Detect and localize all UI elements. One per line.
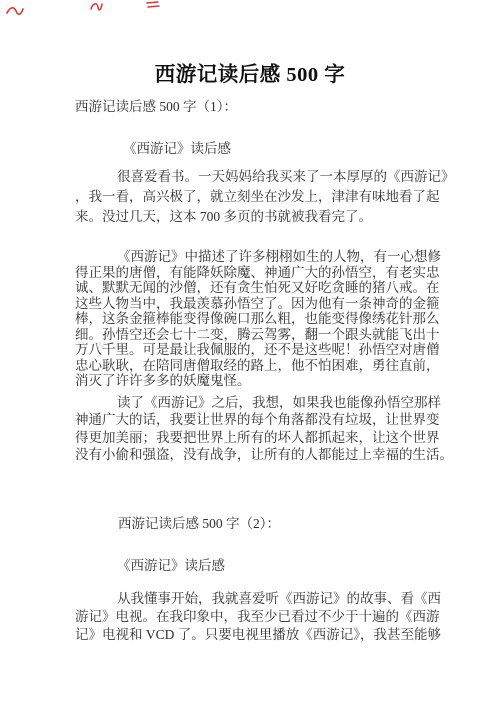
text-line: 诚、默默无闻的沙僧，还有贪生怕死又好吃贪睡的猪八戒。在: [75, 280, 441, 296]
text-line: 棒，这条金箍棒能变得像碗口那么粗，也能变得像绣花针那么: [75, 311, 441, 327]
paragraph-3: 读了《西游记》之后，我想，如果我也能像孙悟空那样 神通广大的话，我要让世界的每个…: [75, 394, 441, 463]
text-line: 得正果的唐僧，有能降妖除魔、神通广大的孙悟空，有老实忠: [75, 265, 441, 281]
text-line: 游记》电视。在我印象中，我至少已看过不少于十遍的《西游: [75, 608, 441, 626]
red-pen-mark-icon: [6, 4, 24, 16]
text-line: 来。没过几天，这本 700 多页的书就被我看完了。: [75, 207, 441, 227]
section-1-heading: 西游记读后感 500 字（1）：: [75, 95, 441, 115]
text-line: 从我懂事开始，我就喜爱听《西游记》的故事、看《西: [75, 590, 441, 608]
section-1-subtitle: 《西游记》读后感: [123, 137, 489, 157]
paragraph-2: 《西游记》中描述了许多栩栩如生的人物，有一心想修 得正果的唐僧，有能降妖除魔、神…: [75, 249, 441, 389]
text-line: 神通广大的话，我要让世界的每个角落都没有垃圾，让世界变: [75, 411, 441, 428]
section-2-heading: 西游记读后感 500 字（2）：: [118, 512, 484, 532]
paragraph-4: 从我懂事开始，我就喜爱听《西游记》的故事、看《西 游记》电视。在我印象中，我至少…: [75, 590, 441, 645]
red-pen-mark-icon: [90, 1, 103, 12]
text-line: 细。孙悟空还会七十二变，腾云驾雾，翻一个跟头就能飞出十: [75, 327, 441, 343]
text-line: 万八千里。可是最让我佩服的，还不是这些呢！孙悟空对唐僧: [75, 342, 441, 358]
text-line: 记》电视和 VCD 了。只要电视里播放《西游记》，我甚至能够: [75, 626, 441, 644]
document-page: www 西游记读后感 500 字 西游记读后感 500 字（1）： 《西游记》读…: [0, 0, 500, 708]
text-line: 读了《西游记》之后，我想，如果我也能像孙悟空那样: [75, 394, 441, 411]
text-line: 这些人物当中，我最羡慕孙悟空了。因为他有一条神奇的金箍: [75, 296, 441, 312]
section-2-subtitle: 《西游记》读后感: [117, 554, 483, 574]
text-line: 很喜爱看书。一天妈妈给我买来了一本厚厚的《西游记》: [75, 167, 441, 187]
text-line: 得更加美丽；我要把世界上所有的坏人都抓起来，让这个世界: [75, 429, 441, 446]
text-line: 消灭了许许多多的妖魔鬼怪。: [75, 373, 441, 389]
document-title: 西游记读后感 500 字: [0, 57, 500, 87]
paragraph-1: 很喜爱看书。一天妈妈给我买来了一本厚厚的《西游记》 ，我一看，高兴极了，就立刻坐…: [75, 167, 441, 227]
text-line: 忠心耿耿，在陪同唐僧取经的路上，他不怕困难，勇往直前，: [75, 358, 441, 374]
red-pen-mark-icon: [146, 0, 160, 9]
text-line: ，我一看，高兴极了，就立刻坐在沙发上，津津有味地看了起: [75, 187, 441, 207]
text-line: 没有小偷和强盗，没有战争，让所有的人都能过上幸福的生活。: [75, 446, 441, 463]
text-line: 《西游记》中描述了许多栩栩如生的人物，有一心想修: [75, 249, 441, 265]
